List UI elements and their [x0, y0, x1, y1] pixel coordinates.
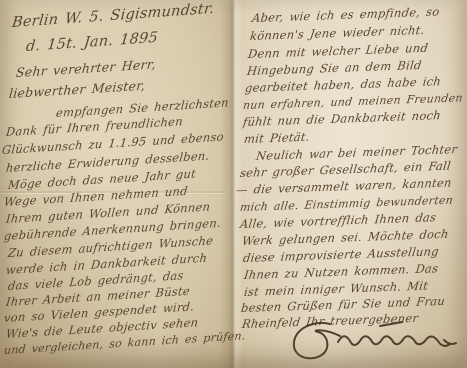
signature-flourish	[284, 318, 460, 366]
letter-photo: Berlin W. 5. Sigismundstr. d. 15t. Jan. …	[0, 0, 467, 368]
handwriting-line: mit Pietät.	[243, 132, 310, 146]
